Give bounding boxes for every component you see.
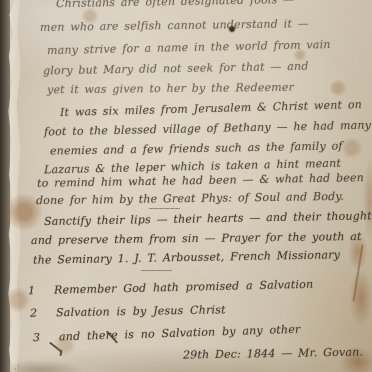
handwritten-line: the Seminary 1. J. T. Arbousset, French … — [33, 248, 340, 266]
list-item-number: 3 — [33, 330, 59, 344]
list-item-number: 1 — [28, 284, 54, 298]
ink-squiggle-divider: ~~~~~~ — [148, 204, 179, 213]
list-item: 3 and there is no Salvation by any other — [33, 323, 301, 344]
handwritten-line: yet it was given to her by the Redeemer — [47, 81, 294, 97]
dateline: 29th Dec: 1844 — Mr. Govan. — [183, 345, 363, 361]
list-item: 2 Salvation is by Jesus Christ — [30, 303, 226, 319]
handwritten-line: It was six miles from Jerusalem & Christ… — [60, 98, 362, 119]
ink-squiggle-divider: ~~~~~~ — [140, 266, 171, 275]
list-item-text: and there is no Salvation by any other — [59, 323, 301, 344]
list-item: 1 Remember God hath promised a Salvation — [28, 278, 314, 297]
handwritten-line: foot to the blessed village of Bethany —… — [44, 119, 371, 139]
handwritten-line: glory but Mary did not seek for that — a… — [43, 60, 309, 78]
handwritten-line: enemies and a few friends such as the fa… — [50, 139, 343, 157]
handwritten-text-block: Christians are often designated fools — … — [0, 0, 372, 372]
handwritten-line: and preserve them from sin — Prayer for … — [31, 230, 362, 247]
handwritten-line: many strive for a name in the world from… — [47, 38, 331, 57]
list-item-text: Remember God hath promised a Salvation — [54, 278, 314, 297]
list-item-number: 2 — [30, 306, 56, 319]
faint-bottom-scribble: ʼ ˎ˴ — [8, 360, 20, 371]
handwritten-line: Christians are often designated fools — — [56, 0, 295, 10]
handwritten-line: done for him by the Great Phys: of Soul … — [36, 190, 344, 207]
journal-page: Christians are often designated fools — … — [0, 0, 372, 372]
handwritten-line: men who are selfish cannot understand it… — [40, 17, 309, 34]
handwritten-line: Sanctify their lips — their hearts — and… — [44, 209, 372, 228]
list-item-text: Salvation is by Jesus Christ — [56, 303, 226, 319]
